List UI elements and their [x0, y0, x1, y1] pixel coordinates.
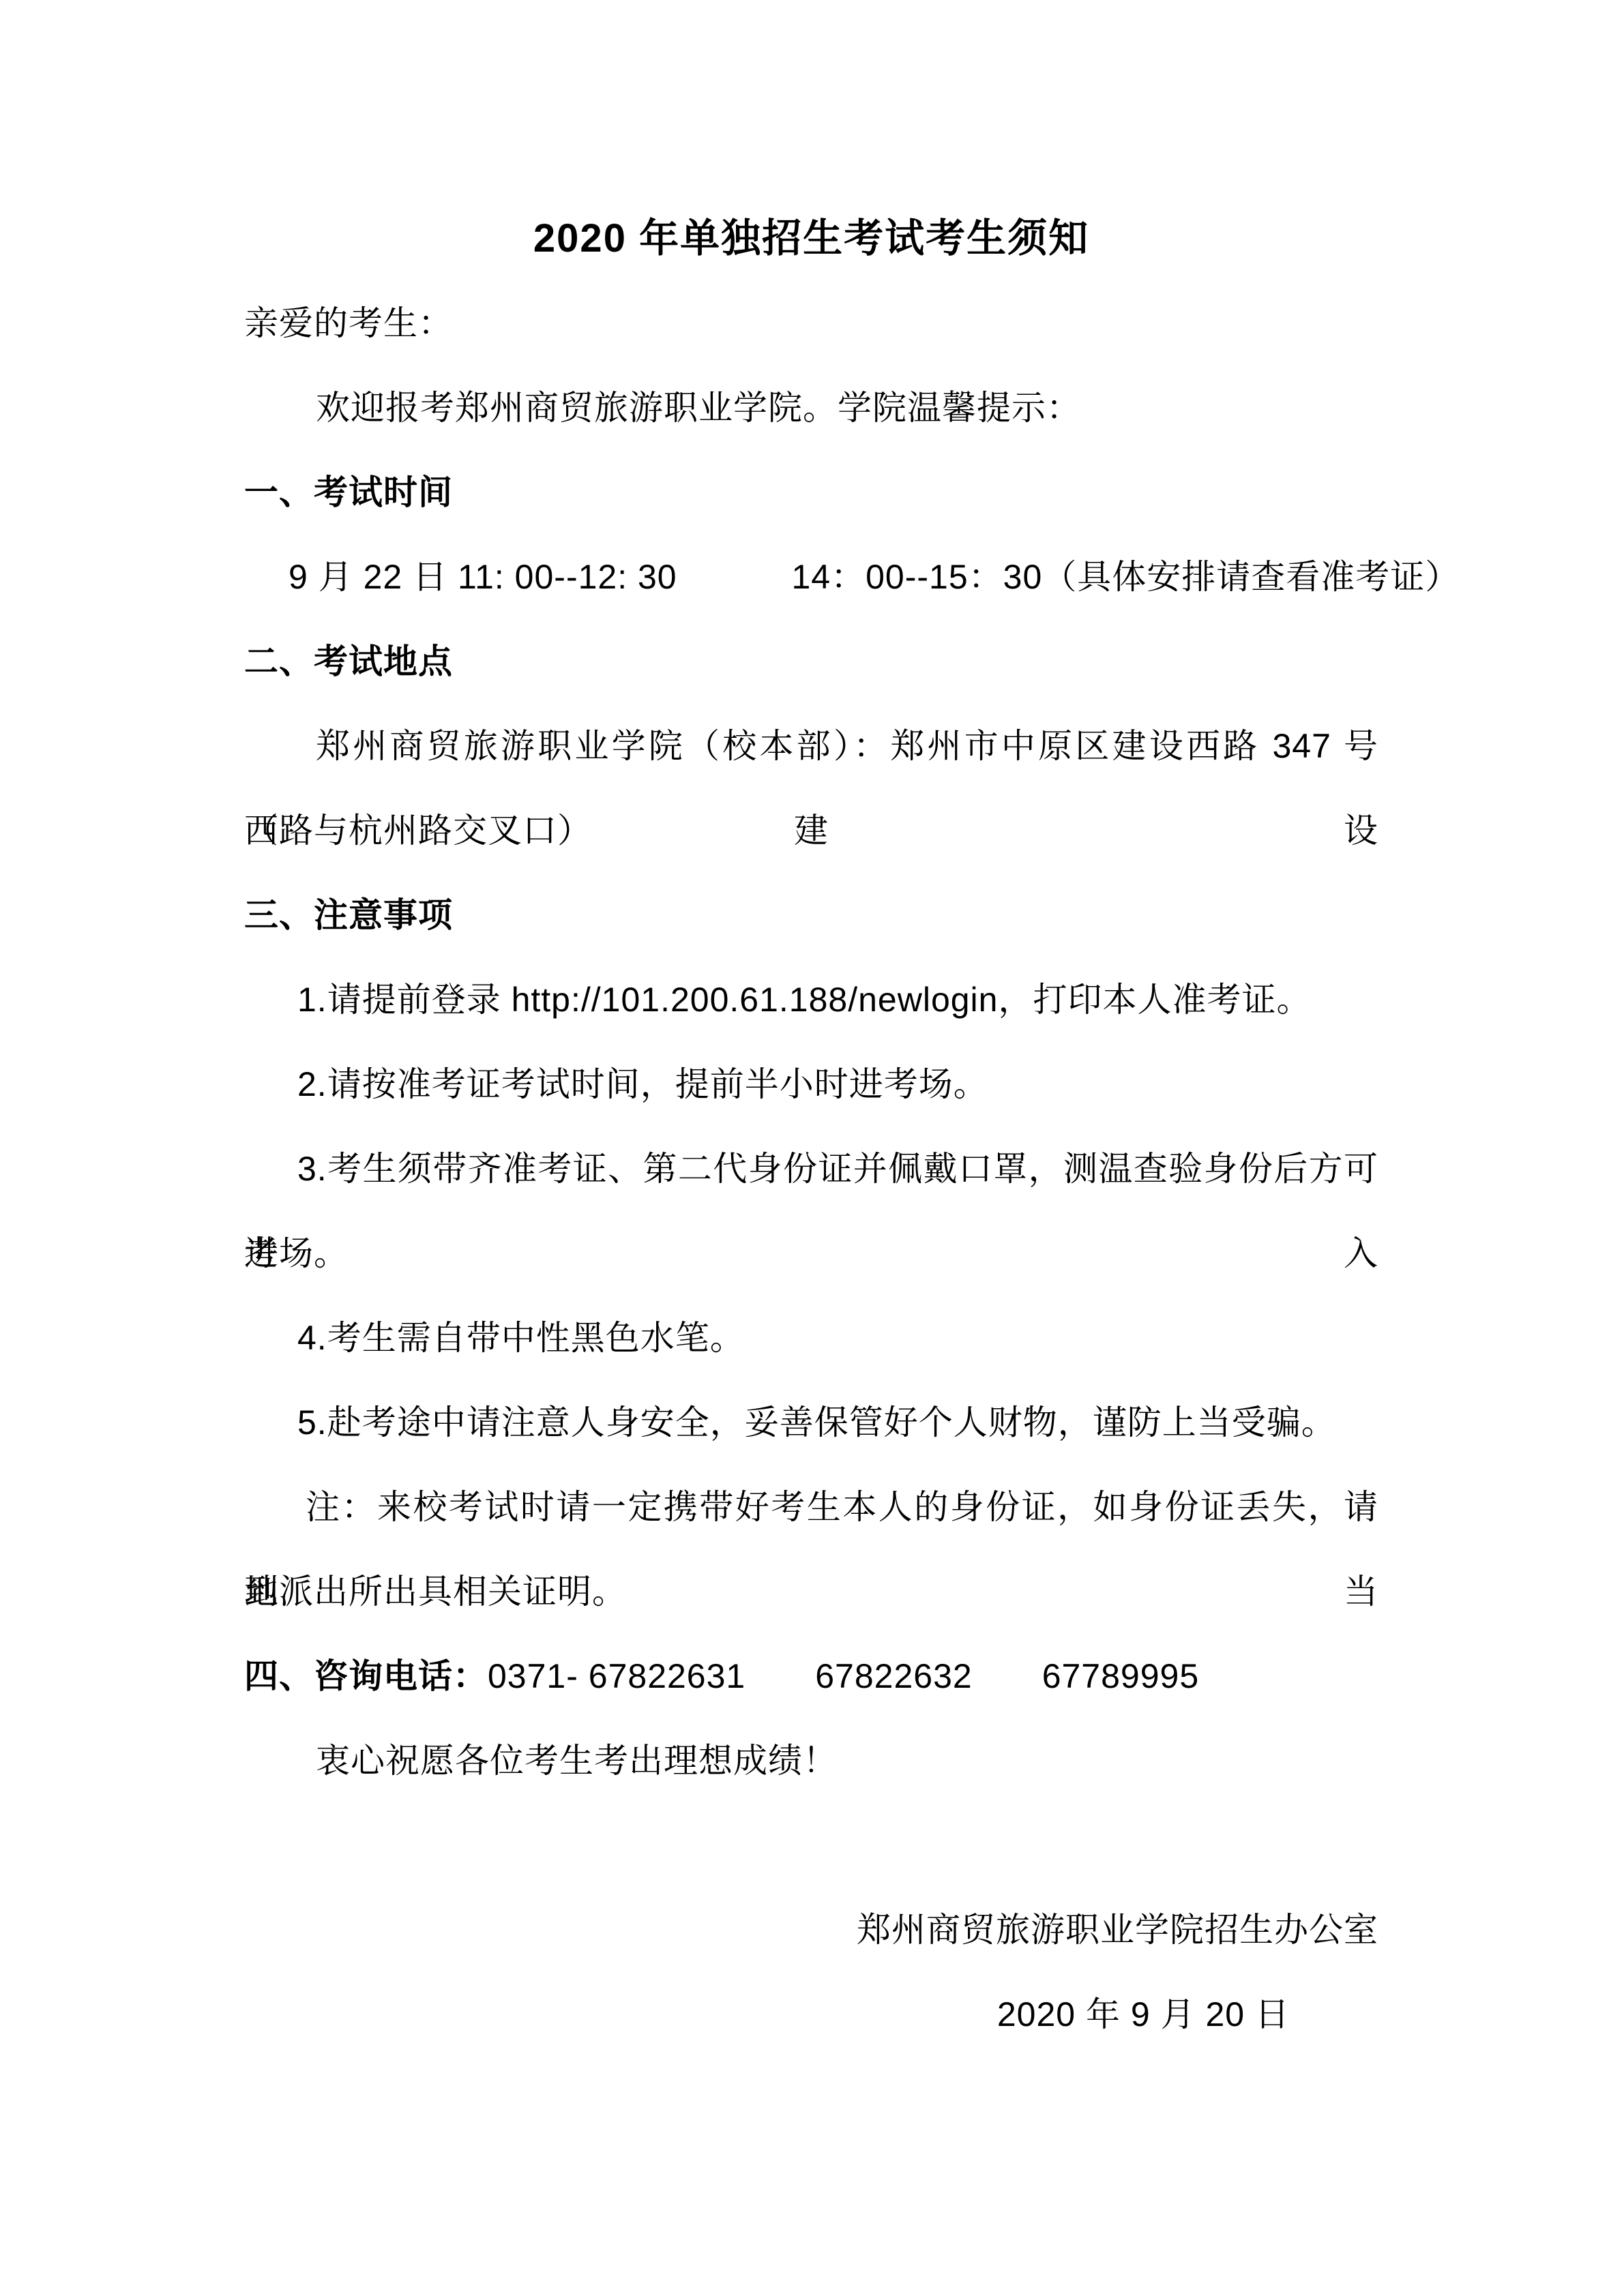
doc-title: 2020 年单独招生考试考生须知 [244, 196, 1378, 281]
note-item-4: 4.考生需自带中性黑色水笔。 [244, 1296, 1378, 1380]
remark-line-1: 注：来校考试时请一定携带好考生本人的身份证，如身份证丢失，请到当 [244, 1465, 1378, 1549]
note-item-2: 2.请按准考证考试时间，提前半小时进考场。 [244, 1042, 1378, 1127]
note-item-5: 5.赴考途中请注意人身安全，妥善保管好个人财物，谨防上当受骗。 [244, 1380, 1378, 1465]
section4-phone-line: 四、咨询电话：0371- 67822631 67822632 67789995 [244, 1634, 1378, 1718]
exam-time-line: 9 月 22 日 11: 00--12: 30 14：00--15：30（具体安… [244, 535, 1378, 619]
welcome-line: 欢迎报考郑州商贸旅游职业学院。学院温馨提示： [244, 366, 1378, 450]
date-line: 2020 年 9 月 20 日 [244, 1972, 1378, 2057]
greeting-line: 亲爱的考生： [244, 281, 1378, 366]
section3-heading: 三、注意事项 [244, 873, 1378, 957]
phone-numbers: 0371- 67822631 67822632 67789995 [488, 1657, 1199, 1695]
section2-heading: 二、考试地点 [244, 619, 1378, 704]
phone-label: 四、咨询电话： [244, 1657, 488, 1695]
note-item-3-line-1: 3.考生须带齐准考证、第二代身份证并佩戴口罩，测温查验身份后方可进入 [244, 1127, 1378, 1211]
wish-line: 衷心祝愿各位考生考出理想成绩！ [244, 1718, 1378, 1803]
signature-line: 郑州商贸旅游职业学院招生办公室 [244, 1888, 1378, 1972]
blank-line [244, 1803, 1378, 1888]
document-page: 2020 年单独招生考试考生须知 亲爱的考生： 欢迎报考郑州商贸旅游职业学院。学… [0, 0, 1624, 2296]
document-content: 2020 年单独招生考试考生须知 亲爱的考生： 欢迎报考郑州商贸旅游职业学院。学… [244, 196, 1378, 2057]
section1-heading: 一、考试时间 [244, 450, 1378, 535]
address-line-1: 郑州商贸旅游职业学院（校本部）：郑州市中原区建设西路 347 号（建设 [244, 704, 1378, 788]
note-item-1: 1.请提前登录 http://101.200.61.188/newlogin，打… [244, 957, 1378, 1042]
